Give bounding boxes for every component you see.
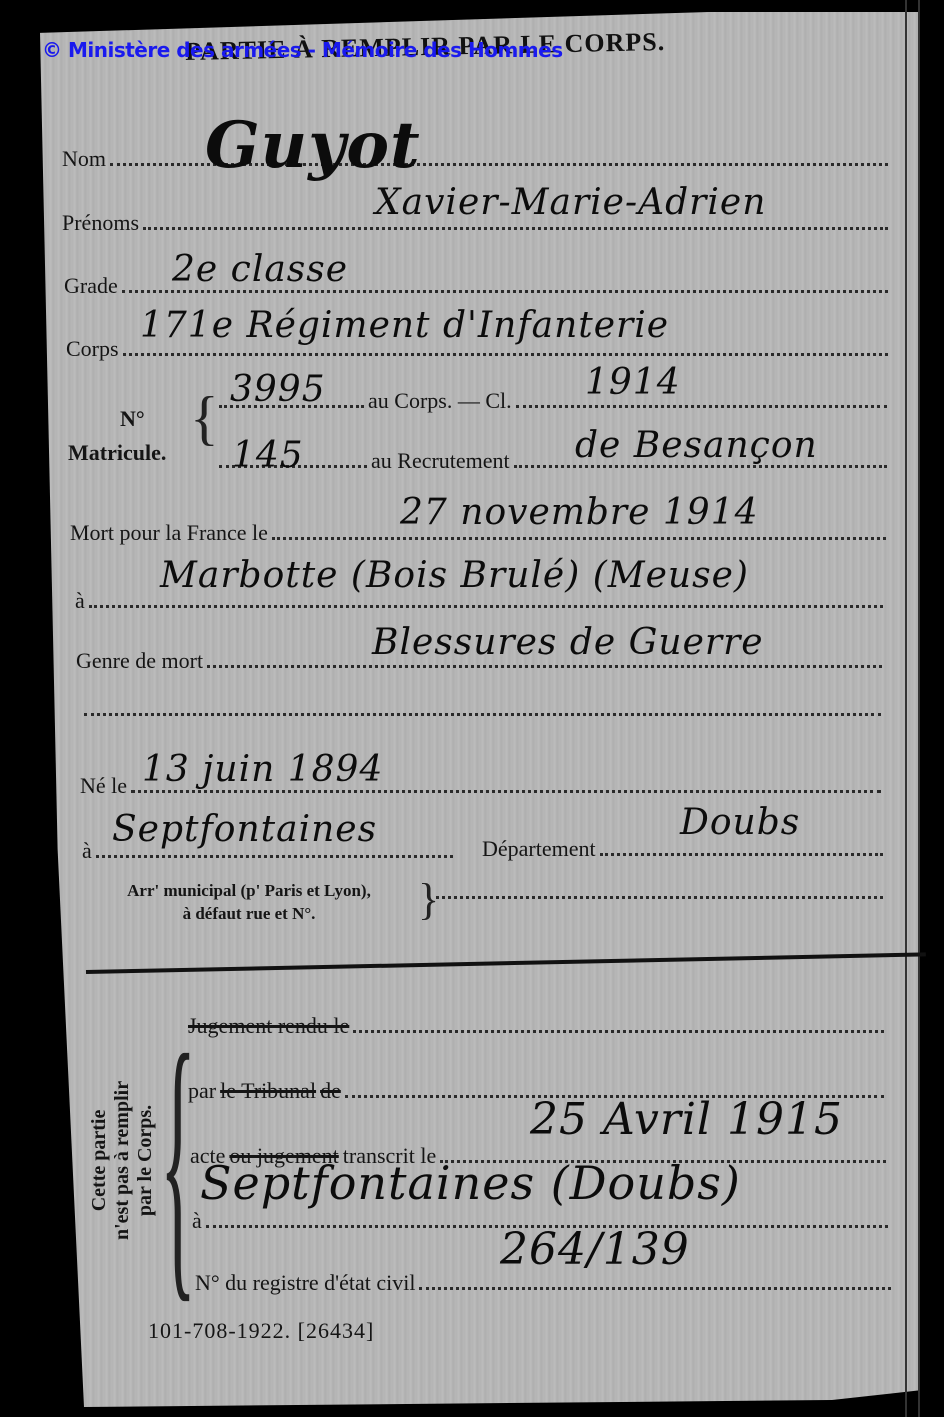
matricule-no-label: N°: [120, 408, 145, 430]
recrutement-value: de Besançon: [575, 428, 818, 464]
registre-value: 264/139: [500, 1228, 690, 1272]
matricule-label: Matricule.: [68, 442, 166, 464]
mort-lieu-value: Marbotte (Bois Brulé) (Meuse): [160, 558, 749, 594]
civil-side-note: Cette partie n'est pas à remplir par le …: [88, 1081, 157, 1240]
genre-mort-value: Blessures de Guerre: [372, 625, 764, 661]
au-corps-label: au Corps. — Cl.: [368, 390, 512, 412]
prenoms-value: Xavier-Marie-Adrien: [375, 185, 766, 221]
ne-lieu-value: Septfontaines: [112, 812, 377, 848]
acte-value: 25 Avril 1915: [530, 1098, 843, 1142]
field-registre: N° du registre d'état civil: [195, 1272, 895, 1294]
departement-label: Département: [482, 838, 596, 860]
form-code: 101-708-1922. [26434]: [148, 1318, 374, 1344]
mort-date-label: Mort pour la France le: [70, 522, 268, 544]
corps-label: Corps: [66, 338, 119, 360]
grade-value: 2e classe: [172, 252, 348, 288]
genre-mort-label: Genre de mort: [76, 650, 203, 672]
jugement-label: Jugement rendu le: [188, 1015, 349, 1037]
card-edge-line: [905, 0, 907, 1417]
classe-value: 1914: [585, 365, 681, 401]
matricule-corps-number: 3995: [230, 372, 326, 408]
copyright-watermark: © Ministère des armées - Mémoire des Hom…: [42, 38, 563, 62]
civil-lieu-value: Septfontaines (Doubs): [200, 1160, 741, 1206]
grade-label: Grade: [64, 275, 118, 297]
ne-le-label: Né le: [80, 775, 127, 797]
field-nom: Nom: [62, 148, 892, 170]
mort-date-value: 27 novembre 1914: [400, 495, 759, 531]
prenoms-label: Prénoms: [62, 212, 139, 234]
corps-value: 171e Régiment d'Infanterie: [140, 308, 669, 344]
matricule-recrutement-number: 145: [232, 438, 304, 474]
departement-value: Doubs: [680, 805, 800, 841]
nom-label: Nom: [62, 148, 106, 170]
ne-le-value: 13 juin 1894: [142, 752, 383, 788]
field-arrondissement: [432, 895, 887, 903]
field-jugement: Jugement rendu le: [188, 1015, 888, 1037]
nom-value: Guyot: [205, 108, 421, 183]
blank-line: [80, 712, 885, 720]
mort-lieu-label: à: [75, 590, 85, 612]
ne-lieu-label: à: [82, 840, 92, 862]
card-edge-line: [918, 0, 920, 1417]
au-recrutement-label: au Recrutement: [371, 450, 510, 472]
arrondissement-label: Arr' municipal (p' Paris et Lyon), à déf…: [84, 882, 414, 922]
